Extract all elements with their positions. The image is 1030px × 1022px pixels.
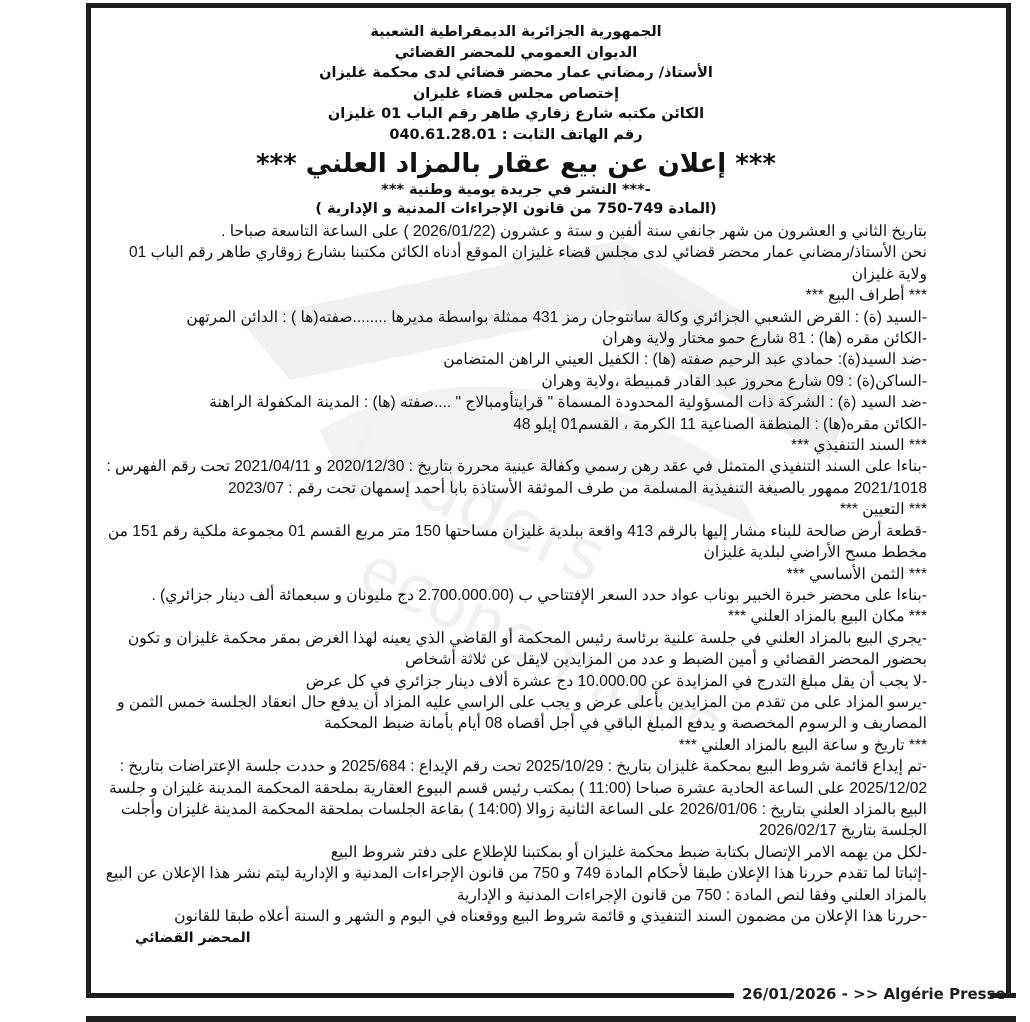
- notice-title: *** إعلان عن بيع عقار بالمزاد العلني ***: [105, 147, 927, 181]
- party-debtor-company: -ضد السيد (ة) : الشركة ذات المسؤولية الم…: [105, 392, 927, 413]
- intro-date: بتاريخ الثاني و العشرون من شهر جانفي سنة…: [105, 221, 927, 242]
- base-price-text: -بناءا على محضر خبرة الخبير بوناب عواد ح…: [105, 585, 927, 606]
- party-debtor-address: -الكائن مقره(ها) : المنطقة الصناعية 11 ا…: [105, 414, 927, 435]
- frame-bottom-rule-left: [86, 993, 734, 998]
- notice-subtitle-publication: -*** النشر في جريدة يومية وطنية ***: [105, 181, 927, 200]
- sale-date-schedule: -تم إيداع قائمة شروط البيع بمحكمة غليزان…: [105, 756, 927, 842]
- section-heading-sale-date: *** تاريخ و ساعة البيع بالمزاد العلني **…: [105, 735, 927, 756]
- auction-notice: الجمهورية الجزائرية الديمقراطية الشعبية …: [105, 22, 927, 949]
- notice-subtitle-legal-article: (المادة 749-750 من قانون الإجراءات المدن…: [105, 200, 927, 219]
- sale-date-legal-basis: -إثباتا لما تقدم حررنا هذا الإعلان طبقا …: [105, 863, 927, 906]
- designation-text: -قطعة أرض صالحة للبناء مشار إليها بالرقم…: [105, 521, 927, 564]
- section-heading-executive-title: *** السند التنفيذي ***: [105, 435, 927, 456]
- sale-place-bid-increment: -لا يجب أن يقل مبلغ التدرج في المزايدة ع…: [105, 671, 927, 692]
- header-phone: رقم الهاتف الثابت : 040.61.28.01: [105, 125, 927, 146]
- section-heading-sale-place: *** مكان البيع بالمزاد العلني ***: [105, 606, 927, 627]
- intro-bailiff: نحن الأستاذ/رمضاني عمار محضر قضائي لدى م…: [105, 242, 927, 285]
- publication-source-footer: 26/01/2026 - >> Algérie Presse: [742, 985, 1006, 1003]
- notice-body: بتاريخ الثاني و العشرون من شهر جانفي سنة…: [105, 221, 927, 949]
- executive-title-text: -بناءا على السند التنفيذي المتمثل في عقد…: [105, 456, 927, 499]
- header-address: الكائن مكتبه شارع زقاري طاهر رقم الباب 0…: [105, 104, 927, 125]
- header-jurisdiction: إختصاص مجلس قضاء غليزان: [105, 84, 927, 105]
- section-heading-base-price: *** الثمن الأساسي ***: [105, 564, 927, 585]
- section-heading-parties: *** أطراف البيع ***: [105, 285, 927, 306]
- party-guarantor-address: -الساكن(ة) : 09 شارع محروز عبد القادر قم…: [105, 371, 927, 392]
- sale-date-contact: -لكل من يهمه الامر الإتصال بكتابة ضبط مح…: [105, 842, 927, 863]
- sale-place-award-terms: -يرسو المزاد على من تقدم من المزايدين بأ…: [105, 692, 927, 735]
- header-republic: الجمهورية الجزائرية الديمقراطية الشعبية: [105, 22, 927, 43]
- signature-bailiff: المحضر القضائي: [105, 927, 927, 949]
- sale-date-closing: -حررنا هذا الإعلان من مضمون السند التنفي…: [105, 906, 927, 927]
- sale-place-session: -يجري البيع بالمزاد العلني في جلسة علنية…: [105, 628, 927, 671]
- section-heading-designation: *** التعيين ***: [105, 499, 927, 520]
- party-guarantor: -ضد السيد(ة): حمادي عبد الرحيم صفته (ها)…: [105, 349, 927, 370]
- party-creditor: -السيد (ة) : القرض الشعبي الجزائري وكالة…: [105, 307, 927, 328]
- page-bottom-rule: [86, 1016, 1016, 1022]
- header-office: الديوان العمومي للمحضر القضائي: [105, 43, 927, 64]
- party-creditor-address: -الكائن مقره (ها) : 81 شارع حمو مختار ول…: [105, 328, 927, 349]
- header-bailiff-name: الأستاذ/ رمضاني عمار محضر قضائي لدى محكم…: [105, 63, 927, 84]
